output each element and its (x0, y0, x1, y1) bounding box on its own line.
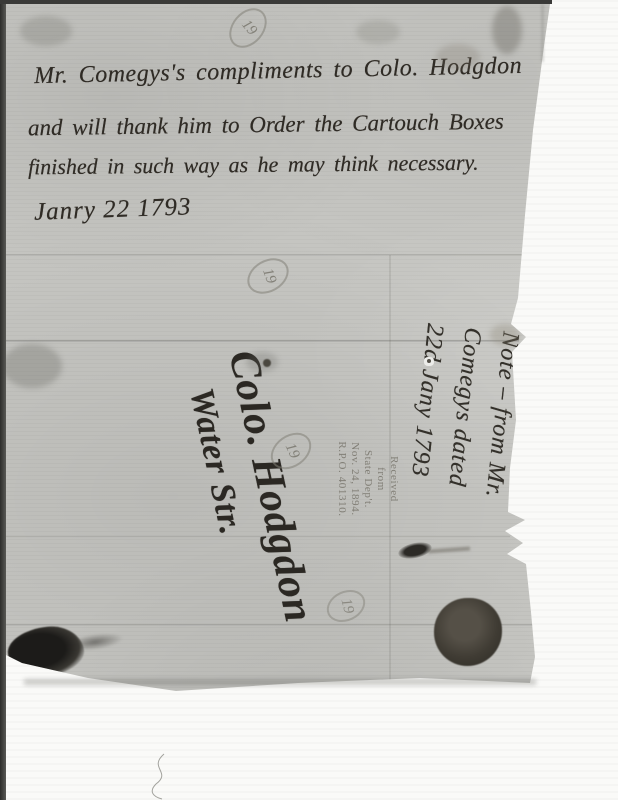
paper-bottom-shadow (24, 679, 536, 685)
stain-top-left (20, 16, 72, 46)
stamp-line-2: from (374, 427, 387, 531)
stain-right-edge-top (492, 6, 522, 54)
fold-crease-horizontal-1 (6, 254, 546, 256)
stamp-line-3: State Dep't. (361, 427, 374, 531)
wax-seal-stain (434, 598, 502, 666)
paper-right-edge-shadow (541, 4, 544, 62)
scanned-document: Mr. Comegys's compliments to Colo. Hodgd… (0, 0, 618, 800)
scanner-edge-top (0, 0, 552, 4)
received-stamp: Received from State Dep't. Nov. 24, 1894… (326, 427, 400, 531)
stamp-line-1: Received (387, 427, 400, 531)
note-line-2: and will thank him to Order the Cartouch… (28, 109, 504, 142)
scanner-edge-left (0, 0, 6, 800)
pencil-page-number: 19 (257, 266, 278, 286)
stamp-line-4: Nov. 24, 1894. (348, 427, 361, 531)
stamp-line-5: R.P.O. 401310. (335, 427, 348, 531)
note-date: Janry 22 1793 (34, 193, 192, 226)
pencil-page-number: 19 (336, 597, 356, 616)
pencil-page-number: 19 (237, 17, 260, 39)
stain-top-right (436, 44, 480, 70)
address-block: Colo. Hodgdon Water Str. (159, 346, 331, 663)
pencil-circle-mark-2: 19 (241, 251, 295, 301)
paper-chip-dot (427, 359, 431, 363)
pencil-circle-mark-1: 19 (222, 1, 275, 55)
pencil-squiggle (140, 752, 210, 800)
docket-block: Note – from Mr. Comegys dated 22d Jany 1… (394, 322, 529, 543)
pencil-page-number: 19 (280, 441, 302, 462)
stain-right-edge-middle (490, 324, 520, 346)
stain-left-crease (2, 344, 62, 388)
ink-blot-small-streak (428, 547, 470, 554)
note-line-3: finished in such way as he may think nec… (28, 150, 479, 181)
pencil-circle-mark-4: 19 (322, 584, 371, 628)
ink-blot-bottom-left (6, 623, 87, 681)
stain-top-center (356, 20, 400, 44)
stain-center-crease (246, 352, 278, 372)
ink-speck (263, 359, 271, 367)
